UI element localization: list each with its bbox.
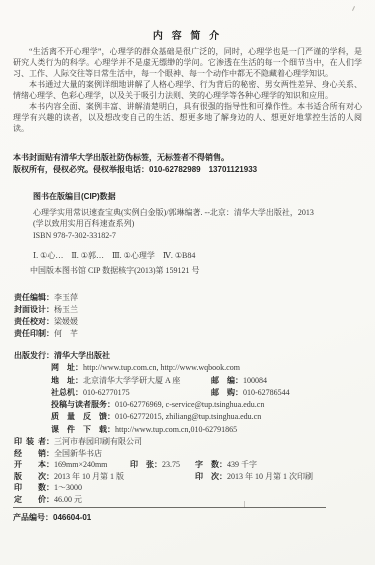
distributor-value: 全国新华书店 [54, 449, 102, 458]
print-info-block: 印 装 者：三河市春园印刷有限公司 经 销：全国新华书店 开 本：169mm×2… [14, 436, 366, 506]
product-number-label: 产品编号： [13, 513, 53, 522]
switchboard-value: 010-62770175 [83, 388, 130, 397]
publisher-row: 课 件 下 载：http://www.tup.com.cn,010-627918… [14, 424, 366, 436]
publisher-row: 社总机：010-62770175邮 购：010-62786544 [14, 387, 366, 399]
staff-label: 封面设计： [14, 305, 54, 314]
print-info-row: 印 数：1～3000 [14, 482, 366, 494]
print-info-row: 经 销：全国新华书店 [14, 448, 366, 460]
mail-order-label: 邮 购： [211, 388, 243, 397]
staff-name: 梁媛媛 [54, 317, 78, 326]
staff-name: 李玉萍 [54, 293, 78, 302]
staff-row: 责任编辑：李玉萍 [14, 292, 78, 304]
impression-field: 印 次：2013 年 10 月第 1 次印刷 [195, 471, 313, 483]
staff-row: 封面设计：杨玉兰 [14, 304, 78, 316]
staff-name: 何 芊 [54, 329, 78, 338]
staff-row: 责任印制：何 芊 [14, 328, 78, 340]
anti-piracy-notice: 本书封面贴有清华大学出版社防伪标签，无标签者不得销售。 [13, 152, 362, 164]
format-value: 169mm×240mm [54, 460, 107, 469]
edition-value: 2013 年 10 月第 1 版 [54, 472, 124, 481]
print-info-row: 版 次：2013 年 10 月第 1 版印 次：2013 年 10 月第 1 次… [14, 471, 366, 483]
publisher-row: 网 址：http://www.tup.com.cn, http://www.wq… [14, 362, 366, 374]
product-number-value: 046604-01 [53, 513, 91, 522]
courseware-value: http://www.tup.com.cn,010-62791865 [115, 425, 237, 434]
website-label: 网 址： [51, 363, 83, 372]
website-value: http://www.tup.com.cn, http://www.wqbook… [83, 363, 240, 372]
printer-value: 三河市春园印刷有限公司 [54, 437, 142, 446]
reader-service-label: 投稿与读者服务： [51, 400, 115, 409]
printer-label: 印 装 者： [14, 437, 54, 446]
staff-label: 责任编辑： [14, 293, 54, 302]
product-number: 产品编号：046604-01 [13, 512, 91, 523]
switchboard-label: 社总机： [51, 388, 83, 397]
section-title: 内 容 简 介 [0, 27, 375, 42]
sheets-value: 23.75 [162, 460, 180, 469]
content-summary: “生活离不开心理学”，心理学的群众基础是很广泛的，同时，心理学也是一门严谨的学科… [13, 46, 362, 134]
copyright-notice: 版权所有，侵权必究。侵权举报电话：010-62782989 1370112193… [13, 164, 362, 176]
format-label: 开 本： [14, 460, 54, 469]
edition-label: 版 次： [14, 472, 54, 481]
zipcode-value: 100084 [243, 376, 267, 385]
copyright-page: 内 容 简 介 “生活离不开心理学”，心理学的群众基础是很广泛的，同时，心理学也… [0, 0, 375, 565]
word-count-field: 字 数：439 千字 [195, 459, 257, 471]
print-info-row: 开 本：169mm×240mm印 张：23.75字 数：439 千字 [14, 459, 366, 471]
cip-block: 心理学实用常识速查宝典(实例白金版)/郭琳编著. --北京：清华大学出版社，20… [33, 207, 363, 241]
staff-name: 杨玉兰 [54, 305, 78, 314]
quality-feedback-label: 质 量 反 馈： [51, 412, 115, 421]
legal-notices: 本书封面贴有清华大学出版社防伪标签，无标签者不得销售。 版权所有，侵权必究。侵权… [13, 152, 362, 175]
address-value: 北京清华大学学研大厦 A 座 [83, 376, 180, 385]
courseware-label: 课 件 下 载： [51, 425, 115, 434]
zipcode-label: 邮 编： [211, 376, 243, 385]
cip-series-line: (学以致用实用百科速查系列) [33, 218, 363, 229]
publisher-label: 出版发行： [14, 351, 54, 360]
scan-artifact-top-right [352, 6, 355, 11]
divider-line [13, 507, 326, 508]
publisher-row: 质 量 反 馈：010-62772015, zhiliang@tup.tsing… [14, 411, 366, 423]
word-count-value: 439 千字 [227, 460, 257, 469]
mail-order-value: 010-62786544 [243, 388, 290, 397]
summary-paragraph: “生活离不开心理学”，心理学的群众基础是很广泛的，同时，心理学也是一门严谨的学科… [13, 46, 362, 79]
isbn-line: ISBN 978-7-302-33182-7 [33, 230, 363, 241]
price-value: 46.00 元 [54, 495, 82, 504]
address-label: 地 址： [51, 376, 83, 385]
summary-paragraph: 本书内容全面、案例丰富、讲解清楚明白，具有很强的指导性和可操作性。本书适合所有对… [13, 101, 362, 134]
staff-label: 责任印制： [14, 329, 54, 338]
zipcode-field: 邮 编：100084 [211, 375, 267, 387]
staff-label: 责任校对： [14, 317, 54, 326]
print-info-row: 定 价：46.00 元 [14, 494, 366, 506]
publisher-name: 清华大学出版社 [54, 351, 110, 360]
sheets-label: 印 张： [130, 460, 162, 469]
cip-title-line: 心理学实用常识速查宝典(实例白金版)/郭琳编著. --北京：清华大学出版社，20… [33, 207, 363, 218]
staff-credits: 责任编辑：李玉萍 封面设计：杨玉兰 责任校对：梁媛媛 责任印制：何 芊 [14, 292, 78, 340]
summary-paragraph: 本书通过大量的案例详细地讲解了人格心理学、行为背后的秘密、男女两性差异、身心关系… [13, 79, 362, 101]
impression-value: 2013 年 10 月第 1 次印刷 [227, 472, 313, 481]
cip-classification: Ⅰ. ①心… Ⅱ. ①郭… Ⅲ. ①心理学 Ⅳ. ①B84 [33, 250, 195, 261]
staff-row: 责任校对：梁媛媛 [14, 316, 78, 328]
word-count-label: 字 数： [195, 460, 227, 469]
impression-label: 印 次： [195, 472, 227, 481]
publisher-row: 出版发行：清华大学出版社 [14, 350, 366, 362]
publisher-block: 出版发行：清华大学出版社 网 址：http://www.tup.com.cn, … [14, 350, 366, 436]
quality-feedback-value: 010-62772015, zhiliang@tup.tsinghua.edu.… [115, 412, 261, 421]
price-label: 定 价： [14, 495, 54, 504]
cip-record-number: 中国版本图书馆 CIP 数据核字(2013)第 159121 号 [30, 265, 199, 276]
print-info-row: 印 装 者：三河市春园印刷有限公司 [14, 436, 366, 448]
print-run-value: 1～3000 [54, 483, 82, 492]
print-run-label: 印 数： [14, 483, 54, 492]
publisher-row: 投稿与读者服务：010-62776969, c-service@tup.tsin… [14, 399, 366, 411]
mail-order-field: 邮 购：010-62786544 [211, 387, 290, 399]
cip-heading: 图书在版编目(CIP)数据 [33, 191, 116, 202]
sheets-field: 印 张：23.75 [130, 459, 180, 471]
publisher-row: 地 址：北京清华大学学研大厦 A 座邮 编：100084 [14, 375, 366, 387]
distributor-label: 经 销： [14, 449, 54, 458]
reader-service-value: 010-62776969, c-service@tup.tsinghua.edu… [115, 400, 264, 409]
